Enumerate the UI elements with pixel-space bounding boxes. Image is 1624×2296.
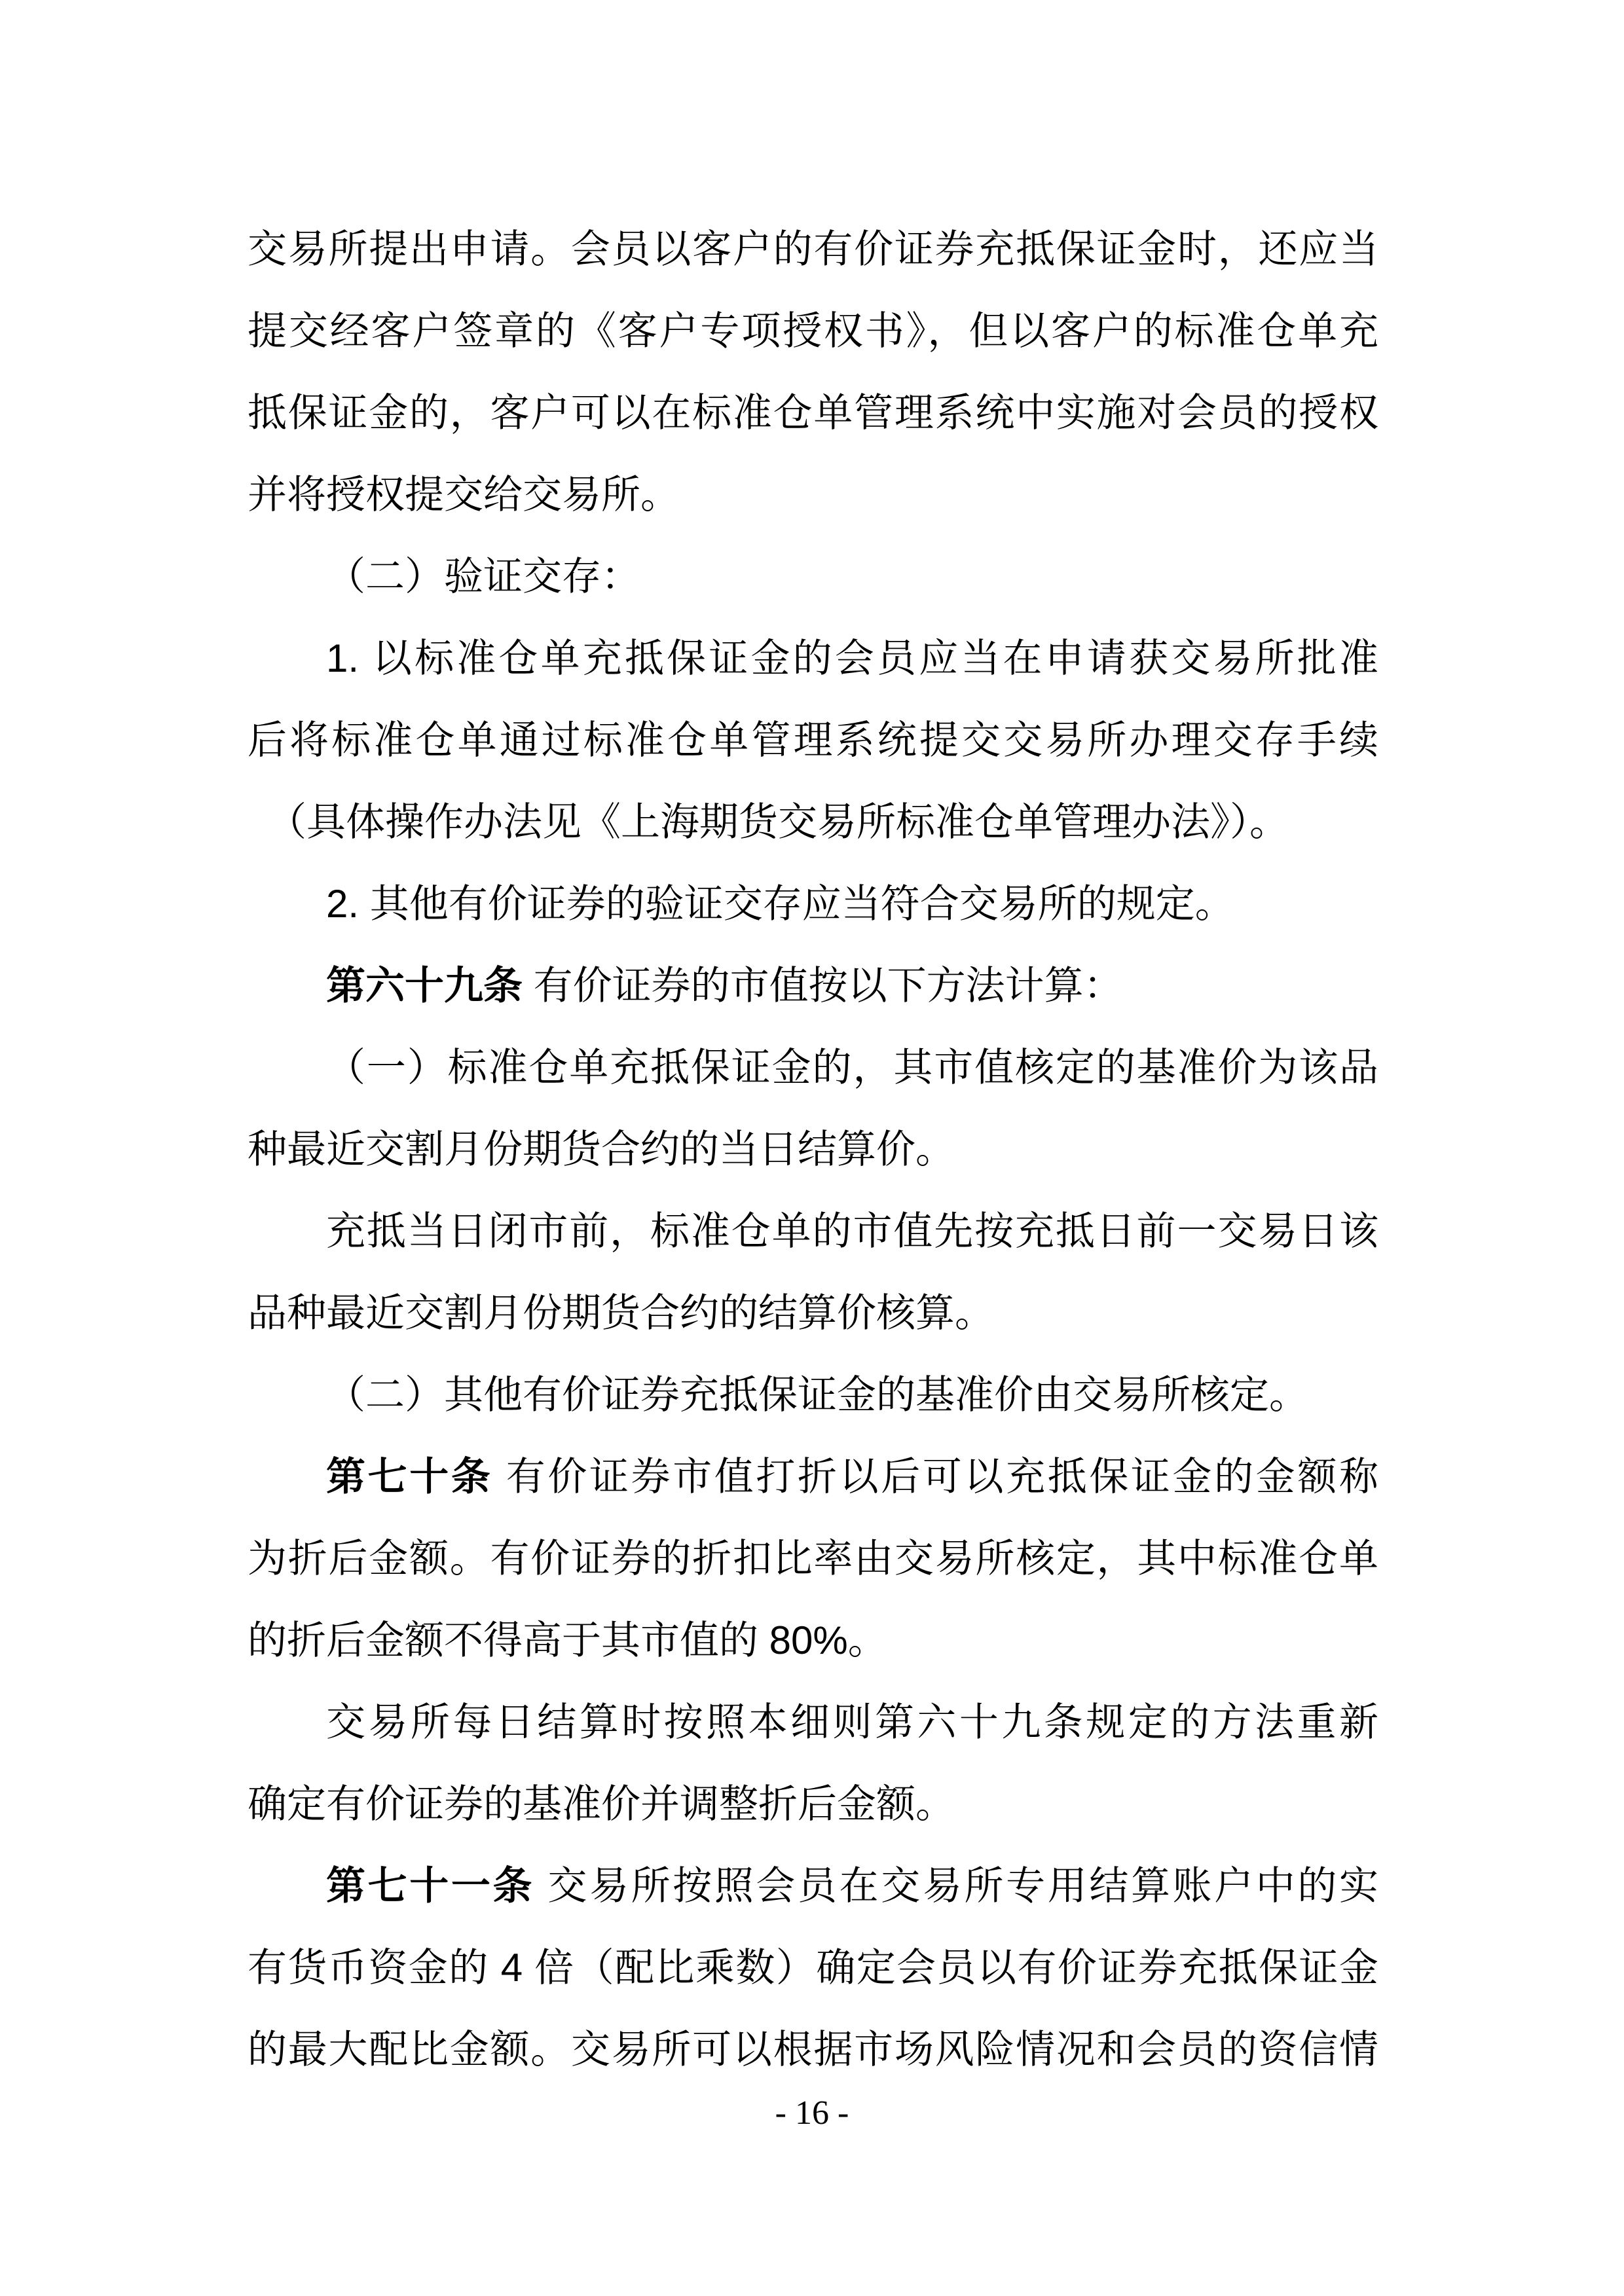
text-segment: 并将授权提交给交易所。 (248, 473, 680, 517)
text-segment: 交易所提出申请。会员以客户的有价证券充抵保证金时，还应当 (248, 227, 1378, 271)
text-line: 交易所提出申请。会员以客户的有价证券充抵保证金时，还应当 (248, 208, 1378, 290)
text-segment: 交易所按照会员在交易所专用结算账户中的实 (534, 1864, 1378, 1908)
text-line: 确定有价证券的基准价并调整折后金额。 (248, 1763, 1378, 1845)
text-segment: 交易所每日结算时按照本细则第六十九条规定的方法重新 (326, 1700, 1378, 1744)
text-segment: 的最大配比金额。交易所可以根据市场风险情况和会员的资信情 (248, 2028, 1378, 2071)
text-line: （一）标准仓单充抵保证金的，其市值核定的基准价为该品 (248, 1027, 1378, 1108)
text-line: 第六十九条 有价证券的市值按以下方法计算： (248, 945, 1378, 1027)
text-line: （二）其他有价证券充抵保证金的基准价由交易所核定。 (248, 1354, 1378, 1436)
text-line: 提交经客户签章的《客户专项授权书》，但以客户的标准仓单充 (248, 290, 1378, 372)
text-segment: 有价证券的市值按以下方法计算： (523, 964, 1123, 1008)
text-line: 第七十一条 交易所按照会员在交易所专用结算账户中的实 (248, 1845, 1378, 1927)
text-segment: 为折后金额。有价证券的折扣比率由交易所核定，其中标准仓单 (248, 1537, 1378, 1580)
document-body: 交易所提出申请。会员以客户的有价证券充抵保证金时，还应当提交经客户签章的《客户专… (248, 208, 1378, 2090)
text-line: 第七十条 有价证券市值打折以后可以充抵保证金的金额称 (248, 1436, 1378, 1518)
text-line: 品种最近交割月份期货合约的结算价核算。 (248, 1272, 1378, 1354)
text-line: 抵保证金的，客户可以在标准仓单管理系统中实施对会员的授权 (248, 372, 1378, 454)
text-line: 的折后金额不得高于其市值的 80%。 (248, 1599, 1378, 1681)
text-segment: （一）标准仓单充抵保证金的，其市值核定的基准价为该品 (326, 1046, 1378, 1089)
text-line: 1. 以标准仓单充抵保证金的会员应当在申请获交易所批准 (248, 617, 1378, 699)
text-segment: 有货币资金的 4 倍（配比乘数）确定会员以有价证券充抵保证金 (248, 1946, 1378, 1990)
text-segment: 品种最近交割月份期货合约的结算价核算。 (248, 1291, 994, 1335)
text-line: 2. 其他有价证券的验证交存应当符合交易所的规定。 (248, 863, 1378, 945)
text-line: 后将标准仓单通过标准仓单管理系统提交交易所办理交存手续 (248, 699, 1378, 781)
text-segment: 种最近交割月份期货合约的当日结算价。 (248, 1127, 955, 1171)
text-segment: 抵保证金的，客户可以在标准仓单管理系统中实施对会员的授权 (248, 391, 1378, 435)
text-segment: （二）验证交存： (326, 555, 640, 598)
text-line: （二）验证交存： (248, 536, 1378, 617)
text-line: （具体操作办法见《上海期货交易所标准仓单管理办法》）。 (248, 781, 1378, 863)
text-segment: 1. 以标准仓单充抵保证金的会员应当在申请获交易所批准 (326, 636, 1378, 680)
article-number: 第七十条 (326, 1455, 492, 1499)
article-number: 第七十一条 (326, 1864, 534, 1908)
text-segment: 有价证券市值打折以后可以充抵保证金的金额称 (492, 1455, 1378, 1499)
text-segment: 提交经客户签章的《客户专项授权书》，但以客户的标准仓单充 (248, 309, 1378, 353)
text-segment: 充抵当日闭市前，标准仓单的市值先按充抵日前一交易日该 (326, 1209, 1378, 1253)
article-number: 第六十九条 (326, 964, 523, 1008)
text-segment: （具体操作办法见《上海期货交易所标准仓单管理办法》）。 (267, 800, 1289, 844)
text-line: 种最近交割月份期货合约的当日结算价。 (248, 1108, 1378, 1190)
document-page: 交易所提出申请。会员以客户的有价证券充抵保证金时，还应当提交经客户签章的《客户专… (0, 0, 1624, 2296)
text-segment: 确定有价证券的基准价并调整折后金额。 (248, 1782, 955, 1826)
text-segment: 的折后金额不得高于其市值的 80%。 (248, 1618, 887, 1662)
text-line: 为折后金额。有价证券的折扣比率由交易所核定，其中标准仓单 (248, 1518, 1378, 1599)
text-segment: （二）其他有价证券充抵保证金的基准价由交易所核定。 (326, 1373, 1308, 1417)
text-segment: 2. 其他有价证券的验证交存应当符合交易所的规定。 (326, 882, 1234, 926)
page-number: - 16 - (0, 2094, 1624, 2133)
text-segment: 后将标准仓单通过标准仓单管理系统提交交易所办理交存手续 (248, 718, 1378, 762)
text-line: 充抵当日闭市前，标准仓单的市值先按充抵日前一交易日该 (248, 1190, 1378, 1272)
text-line: 并将授权提交给交易所。 (248, 454, 1378, 536)
text-line: 的最大配比金额。交易所可以根据市场风险情况和会员的资信情 (248, 2009, 1378, 2090)
text-line: 有货币资金的 4 倍（配比乘数）确定会员以有价证券充抵保证金 (248, 1927, 1378, 2009)
text-line: 交易所每日结算时按照本细则第六十九条规定的方法重新 (248, 1681, 1378, 1763)
